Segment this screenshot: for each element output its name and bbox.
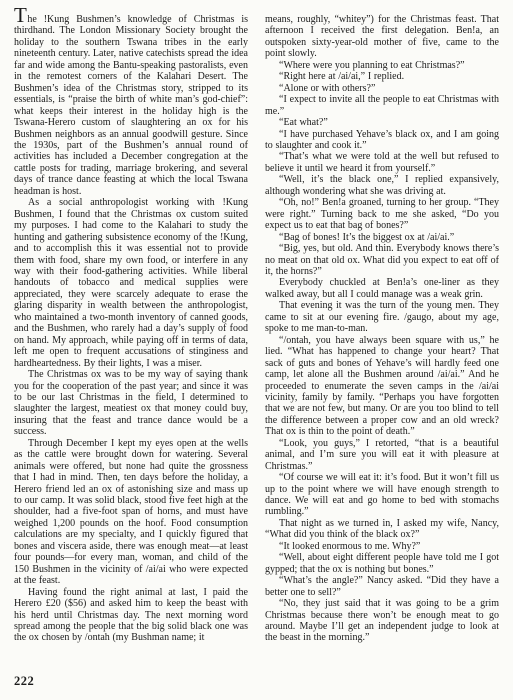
paragraph: “Well, about eight different people have… xyxy=(265,552,499,575)
paragraph: “Right here at /ai/ai,” I replied. xyxy=(265,71,499,82)
page-number: 222 xyxy=(14,674,34,689)
paragraph: “I have purchased Yehave’s black ox, and… xyxy=(265,129,499,152)
paragraph: “I expect to invite all the people to ea… xyxy=(265,94,499,117)
paragraph: “It looked enormous to me. Why?” xyxy=(265,541,499,552)
paragraph: “Look, you guys,” I retorted, “that is a… xyxy=(265,438,499,472)
paragraph: “What’s the angle?” Nancy asked. “Did th… xyxy=(265,575,499,598)
paragraph: “Well, it’s the black one,” I replied ex… xyxy=(265,174,499,197)
paragraph: As a social anthropologist working with … xyxy=(14,197,248,369)
paragraph: Through December I kept my eyes open at … xyxy=(14,438,248,587)
paragraph: That evening it was the turn of the youn… xyxy=(265,300,499,334)
paragraph: The !Kung Bushmen’s knowledge of Christm… xyxy=(14,14,248,197)
paragraph: “/ontah, you have always been square wit… xyxy=(265,335,499,438)
paragraph: The Christmas ox was to be my way of say… xyxy=(14,369,248,438)
book-page: The !Kung Bushmen’s knowledge of Christm… xyxy=(0,0,513,700)
paragraph: “Oh, no!” Ben!a groaned, turning to her … xyxy=(265,197,499,231)
paragraph: “Bag of bones! It’s the biggest ox at /a… xyxy=(265,232,499,243)
paragraph: “Alone or with others?” xyxy=(265,83,499,94)
left-column: The !Kung Bushmen’s knowledge of Christm… xyxy=(14,14,248,644)
paragraph: means, roughly, “whitey”) for the Christ… xyxy=(265,14,499,60)
paragraph: “Of course we will eat it: it’s food. Bu… xyxy=(265,472,499,518)
drop-cap: T xyxy=(14,3,27,27)
paragraph: “That’s what we were told at the well bu… xyxy=(265,151,499,174)
paragraph: That night as we turned in, I asked my w… xyxy=(265,518,499,541)
paragraph: “Big, yes, but old. And thin. Everybody … xyxy=(265,243,499,277)
paragraph: “No, they just said that it was going to… xyxy=(265,598,499,644)
paragraph: Everybody chuckled at Ben!a’s one-liner … xyxy=(265,277,499,300)
paragraph: Having found the right animal at last, I… xyxy=(14,587,248,644)
right-column: means, roughly, “whitey”) for the Christ… xyxy=(265,14,499,644)
paragraph: “Eat what?” xyxy=(265,117,499,128)
paragraph: “Where were you planning to eat Christma… xyxy=(265,60,499,71)
text-columns: The !Kung Bushmen’s knowledge of Christm… xyxy=(14,14,499,644)
